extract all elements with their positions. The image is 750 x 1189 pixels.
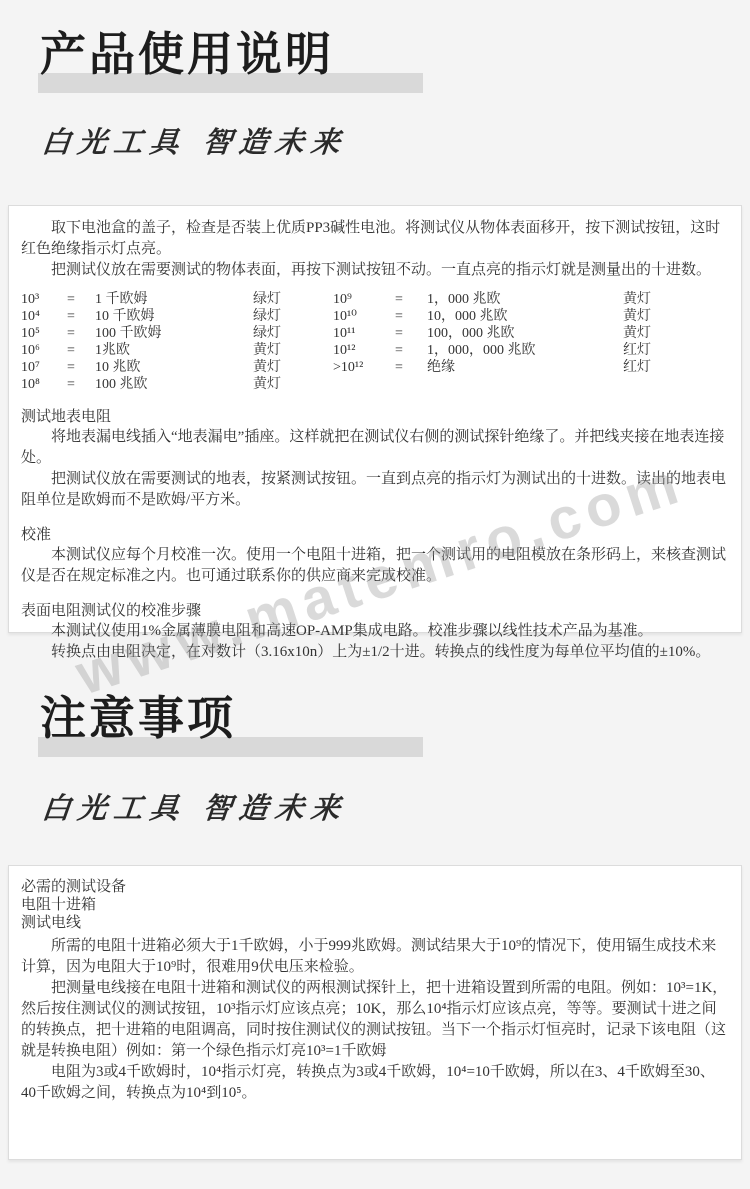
decade-row: 10⁷=10 兆欧黄灯: [21, 359, 333, 376]
decade-table-left-column: 10³=1 千欧姆绿灯 10⁴=10 千欧姆绿灯 10⁵=100 千欧姆绿灯 1…: [21, 291, 333, 393]
decade-exponent: >10¹²: [333, 359, 395, 376]
decade-lamp: 黄灯: [253, 342, 281, 359]
section-paragraph: 本测试仪应每个月校准一次。使用一个电阻十进箱，把一个测试用的电阻模放在条形码上，…: [21, 545, 729, 587]
decade-lamp: 黄灯: [623, 308, 651, 325]
usage-paragraph: 取下电池盒的盖子，检查是否装上优质PP3碱性电池。将测试仪从物体表面移开，按下测…: [21, 218, 729, 260]
section1-title: 产品使用说明: [40, 28, 334, 80]
decade-value: 10 兆欧: [95, 359, 253, 376]
section2-title: 注意事项: [40, 692, 236, 744]
decade-row: 10⁶=1兆欧黄灯: [21, 342, 333, 359]
decade-exponent: 10⁷: [21, 359, 67, 376]
decade-row: >10¹²=绝缘红灯: [333, 359, 729, 376]
equipment-item: 电阻十进箱: [21, 896, 729, 914]
decade-value: 10，000 兆欧: [427, 308, 623, 325]
equals-sign: =: [395, 342, 427, 359]
usage-instructions-box: 取下电池盒的盖子，检查是否装上优质PP3碱性电池。将测试仪从物体表面移开，按下测…: [8, 205, 742, 633]
decade-lamp: 红灯: [623, 359, 651, 376]
section-heading-calibration: 校准: [21, 525, 729, 545]
equals-sign: =: [395, 325, 427, 342]
decade-lamp: 黄灯: [253, 359, 281, 376]
decade-table-right-column: 10⁹=1，000 兆欧黄灯 10¹⁰=10，000 兆欧黄灯 10¹¹=100…: [333, 291, 729, 393]
decade-value: 绝缘: [427, 359, 623, 376]
decade-exponent: 10⁵: [21, 325, 67, 342]
decade-value: 1，000 兆欧: [427, 291, 623, 308]
decade-value: 10 千欧姆: [95, 308, 253, 325]
decade-row: 10¹¹=100，000 兆欧黄灯: [333, 325, 729, 342]
usage-paragraph: 把测试仪放在需要测试的物体表面，再按下测试按钮不动。一直点亮的指示灯就是测量出的…: [21, 260, 729, 281]
decade-exponent: 10¹⁰: [333, 308, 395, 325]
decade-lamp: 黄灯: [253, 376, 281, 393]
precaution-paragraph: 把测量电线接在电阻十进箱和测试仪的两根测试探针上，把十进箱设置到所需的电阻。例如…: [21, 978, 729, 1062]
decade-row: 10⁵=100 千欧姆绿灯: [21, 325, 333, 342]
equals-sign: =: [67, 359, 95, 376]
section-heading-ground-resistance: 测试地表电阻: [21, 407, 729, 427]
decade-row: 10⁸=100 兆欧黄灯: [21, 376, 333, 393]
equals-sign: =: [67, 308, 95, 325]
equals-sign: =: [67, 376, 95, 393]
decade-lamp: 红灯: [623, 342, 651, 359]
equals-sign: =: [395, 359, 427, 376]
section2-heading-wrap: 注意事项: [40, 692, 236, 744]
decade-lamp: 黄灯: [623, 325, 651, 342]
brand-slogan: 白光工具 智造未来: [40, 786, 349, 827]
decade-lamp: 黄灯: [623, 291, 651, 308]
decade-exponent: 10⁹: [333, 291, 395, 308]
decade-lamp: 绿灯: [253, 308, 281, 325]
decade-row: 10¹²=1，000，000 兆欧红灯: [333, 342, 729, 359]
section-paragraph: 转换点由电阻决定，在对数计（3.16x10n）上为±1/2十进。转换点的线性度为…: [21, 642, 729, 663]
decade-value: 1，000，000 兆欧: [427, 342, 623, 359]
equals-sign: =: [395, 291, 427, 308]
decade-exponent: 10⁸: [21, 376, 67, 393]
decade-value: 1兆欧: [95, 342, 253, 359]
section-paragraph: 把测试仪放在需要测试的地表，按紧测试按钮。一直到点亮的指示灯为测试出的十进数。读…: [21, 469, 729, 511]
decade-value: 100 千欧姆: [95, 325, 253, 342]
product-instruction-page: 产品使用说明 白光工具 智造未来 取下电池盒的盖子，检查是否装上优质PP3碱性电…: [0, 0, 750, 1189]
equals-sign: =: [67, 325, 95, 342]
decade-exponent: 10⁴: [21, 308, 67, 325]
decade-exponent: 10³: [21, 291, 67, 308]
section1-heading-wrap: 产品使用说明: [40, 28, 334, 80]
section-paragraph: 将地表漏电线插入“地表漏电”插座。这样就把在测试仪右侧的测试探针绝缘了。并把线夹…: [21, 427, 729, 469]
decade-lamp: 绿灯: [253, 325, 281, 342]
precautions-box: 必需的测试设备 电阻十进箱 测试电线 所需的电阻十进箱必须大于1千欧姆，小于99…: [8, 865, 742, 1160]
precaution-paragraph: 所需的电阻十进箱必须大于1千欧姆，小于999兆欧姆。测试结果大于10⁹的情况下，…: [21, 936, 729, 978]
decade-resistance-table: 10³=1 千欧姆绿灯 10⁴=10 千欧姆绿灯 10⁵=100 千欧姆绿灯 1…: [21, 291, 729, 393]
section-paragraph: 本测试仪使用1%金属薄膜电阻和高速OP-AMP集成电路。校准步骤以线性技术产品为…: [21, 621, 729, 642]
decade-value: 100，000 兆欧: [427, 325, 623, 342]
equipment-item: 测试电线: [21, 914, 729, 932]
decade-exponent: 10⁶: [21, 342, 67, 359]
decade-exponent: 10¹²: [333, 342, 395, 359]
decade-row: 10¹⁰=10，000 兆欧黄灯: [333, 308, 729, 325]
decade-row: 10⁴=10 千欧姆绿灯: [21, 308, 333, 325]
equals-sign: =: [67, 291, 95, 308]
section-heading-calibration-steps: 表面电阻测试仪的校准步骤: [21, 601, 729, 621]
equipment-list-title: 必需的测试设备: [21, 878, 729, 896]
brand-slogan: 白光工具 智造未来: [40, 120, 349, 161]
decade-lamp: 绿灯: [253, 291, 281, 308]
equals-sign: =: [67, 342, 95, 359]
equals-sign: =: [395, 308, 427, 325]
decade-exponent: 10¹¹: [333, 325, 395, 342]
decade-row: 10⁹=1，000 兆欧黄灯: [333, 291, 729, 308]
precaution-paragraph: 电阻为3或4千欧姆时，10⁴指示灯亮，转换点为3或4千欧姆，10⁴=10千欧姆，…: [21, 1062, 729, 1104]
decade-value: 100 兆欧: [95, 376, 253, 393]
decade-value: 1 千欧姆: [95, 291, 253, 308]
decade-row: 10³=1 千欧姆绿灯: [21, 291, 333, 308]
